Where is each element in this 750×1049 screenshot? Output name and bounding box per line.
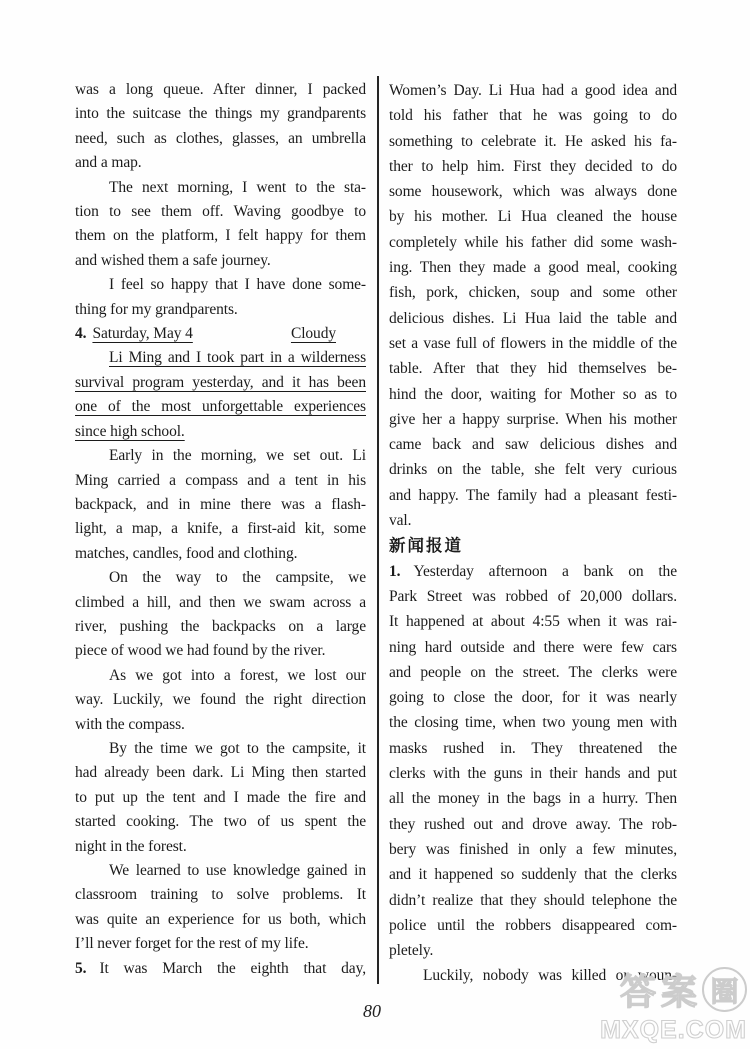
watermark-character: 圈 [702, 967, 747, 1012]
item-number: 1. [389, 559, 413, 584]
text-line: had already been dark. Li Ming then star… [75, 761, 366, 785]
text-line: something to celebrate it. He asked his … [389, 129, 677, 154]
text-line: river, pushing the backpacks on a large [75, 615, 366, 639]
text-line: hind the door, waiting for Mother so as … [389, 382, 677, 407]
text-line: one of the most unforgettable experience… [75, 395, 366, 419]
text-line: and a map. [75, 151, 366, 175]
text-line: told his father that he was going to do [389, 103, 677, 128]
text-line: ther to help him. First they decided to … [389, 154, 677, 179]
text-line: Early in the morning, we set out. Li [75, 444, 366, 468]
scanned-page: was a long queue. After dinner, I packed… [0, 0, 750, 1049]
text-line: pletely. [389, 938, 677, 963]
text-line: and wished them a safe journey. [75, 249, 366, 273]
text-line: light, a map, a knife, a first-aid kit, … [75, 517, 366, 541]
text-line: night in the forest. [75, 835, 366, 859]
watermark-character: 答 [620, 964, 656, 1015]
text-line: by his mother. Li Hua cleaned the house [389, 204, 677, 229]
watermark-character: 案 [661, 964, 697, 1015]
text-line: was quite an experience for us both, whi… [75, 908, 366, 932]
text-line: and happy. The family had a pleasant fes… [389, 483, 677, 508]
text-line: clerks with the guns in their hands and … [389, 761, 677, 786]
text-line: It happened at about 4:55 when it was ra… [389, 609, 677, 634]
text-line: drinks on the table, she felt very curio… [389, 457, 677, 482]
text-line: backpack, and in mine there was a flash- [75, 493, 366, 517]
column-divider [377, 76, 379, 984]
text-line: Li Ming and I took part in a wilderness [75, 346, 366, 370]
watermark-site-text: MXQE.COM [600, 1016, 747, 1045]
item-text: Yesterday afternoon a bank on the [413, 559, 677, 584]
text-line: came back and saw delicious dishes and [389, 432, 677, 457]
text-line: they rushed out and drove away. The rob- [389, 812, 677, 837]
text-line: and it happened so suddenly that the cle… [389, 862, 677, 887]
text-line: We learned to use knowledge gained in [75, 859, 366, 883]
diary-date: Saturday, May 4 [92, 322, 192, 346]
text-line: to put up the tent and I made the fire a… [75, 786, 366, 810]
text-line: survival program yesterday, and it has b… [75, 371, 366, 395]
text-line: started cooking. The two of us spent the [75, 810, 366, 834]
watermark-chinese-text: 答案圈 [600, 964, 747, 1015]
diary-date-group: 4.Saturday, May 4 [75, 322, 193, 346]
text-line: and people on the street. The clerks wer… [389, 660, 677, 685]
item-text: It was March the eighth that day, [99, 957, 366, 981]
text-line: classroom training to solve problems. It [75, 883, 366, 907]
text-line: matches, candles, food and clothing. [75, 542, 366, 566]
text-line: fish, pork, chicken, soup and some other [389, 280, 677, 305]
text-line: val. [389, 508, 677, 533]
left-column: was a long queue. After dinner, I packed… [75, 78, 366, 981]
item-number: 5. [75, 957, 99, 981]
text-line: piece of wood we had found by the river. [75, 639, 366, 663]
weather-label: Cloudy [291, 322, 336, 346]
text-line: Ming carried a compass and a tent in his [75, 469, 366, 493]
page-number: 80 [352, 1001, 392, 1022]
text-line: The next morning, I went to the sta- [75, 176, 366, 200]
text-line: completely while his father did some was… [389, 230, 677, 255]
text-line: set a vase full of flowers in the middle… [389, 331, 677, 356]
text-line: I feel so happy that I have done some- [75, 273, 366, 297]
text-line: tion to see them off. Waving goodbye to [75, 200, 366, 224]
text-line: On the way to the campsite, we [75, 566, 366, 590]
text-line: since high school. [75, 420, 366, 444]
text-line: police until the robbers disappeared com… [389, 913, 677, 938]
diary-entry-heading: 4.Saturday, May 4Cloudy [75, 322, 366, 346]
text-line: I’ll never forget for the rest of my lif… [75, 932, 366, 956]
text-line: table. After that they hid themselves be… [389, 356, 677, 381]
text-line: As we got into a forest, we lost our [75, 664, 366, 688]
text-line: way. Luckily, we found the right directi… [75, 688, 366, 712]
section-heading: 新闻报道 [389, 533, 677, 558]
text-line: Park Street was robbed of 20,000 dollars… [389, 584, 677, 609]
text-line: bery was finished in only a few minutes, [389, 837, 677, 862]
text-line: ning hard outside and there were few car… [389, 635, 677, 660]
text-line: By the time we got to the campsite, it [75, 737, 366, 761]
text-line: Women’s Day. Li Hua had a good idea and [389, 78, 677, 103]
text-line: masks rushed in. They threatened the [389, 736, 677, 761]
text-line: was a long queue. After dinner, I packed [75, 78, 366, 102]
text-line: into the suitcase the things my grandpar… [75, 102, 366, 126]
text-line: give her a happy surprise. When his moth… [389, 407, 677, 432]
text-line: going to close the door, for it was near… [389, 685, 677, 710]
numbered-item-line: 5.It was March the eighth that day, [75, 957, 366, 981]
text-line: need, such as clothes, glasses, an umbre… [75, 127, 366, 151]
text-line: with the compass. [75, 713, 366, 737]
text-line: them on the platform, I felt happy for t… [75, 224, 366, 248]
text-line: climbed a hill, and then we swam across … [75, 591, 366, 615]
text-line: didn’t realize that they should telephon… [389, 888, 677, 913]
text-line: thing for my grandparents. [75, 298, 366, 322]
text-line: delicious dishes. Li Hua laid the table … [389, 306, 677, 331]
numbered-item-line: 1.Yesterday afternoon a bank on the [389, 559, 677, 584]
entry-number: 4. [75, 322, 92, 346]
text-line: ing. Then they made a good meal, cooking [389, 255, 677, 280]
right-column: Women’s Day. Li Hua had a good idea andt… [389, 78, 677, 989]
watermark: 答案圈 MXQE.COM [600, 964, 747, 1045]
text-line: some housework, which was always done [389, 179, 677, 204]
text-line: all the money in the bags in a hurry. Th… [389, 786, 677, 811]
text-line: the closing time, when two young men wit… [389, 710, 677, 735]
